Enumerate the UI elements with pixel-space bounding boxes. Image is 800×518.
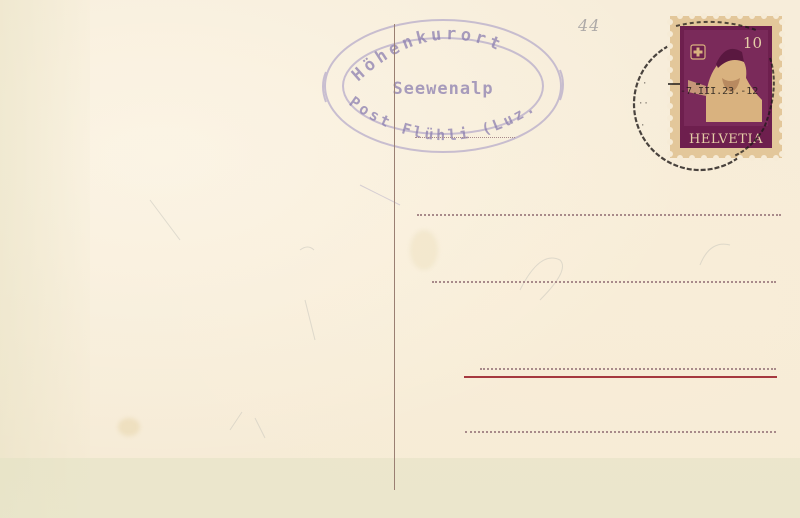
svg-text:·: · <box>642 79 647 89</box>
stamp-value: 10 <box>743 34 762 52</box>
pencil-note: 44 <box>578 16 600 35</box>
cachet-dotted-line <box>415 137 515 138</box>
svg-text:·: · <box>640 121 645 131</box>
address-line-1 <box>417 214 781 216</box>
address-line-3 <box>480 368 776 370</box>
svg-text:··: ·· <box>638 99 649 109</box>
postcard-back: Höhenkurort Seewenalp Post Flühli (Luz.)… <box>0 0 800 518</box>
address-line-2 <box>432 281 776 283</box>
address-red-underline <box>464 376 777 378</box>
postmark-date: -7.III.23.-12 <box>680 86 758 97</box>
message-address-divider <box>394 24 395 490</box>
postage-stamp: 10 HELVETIA -7.III.23.-12 <box>666 12 786 162</box>
cachet-line2: Seewenalp <box>392 79 493 99</box>
address-line-4 <box>465 431 776 433</box>
